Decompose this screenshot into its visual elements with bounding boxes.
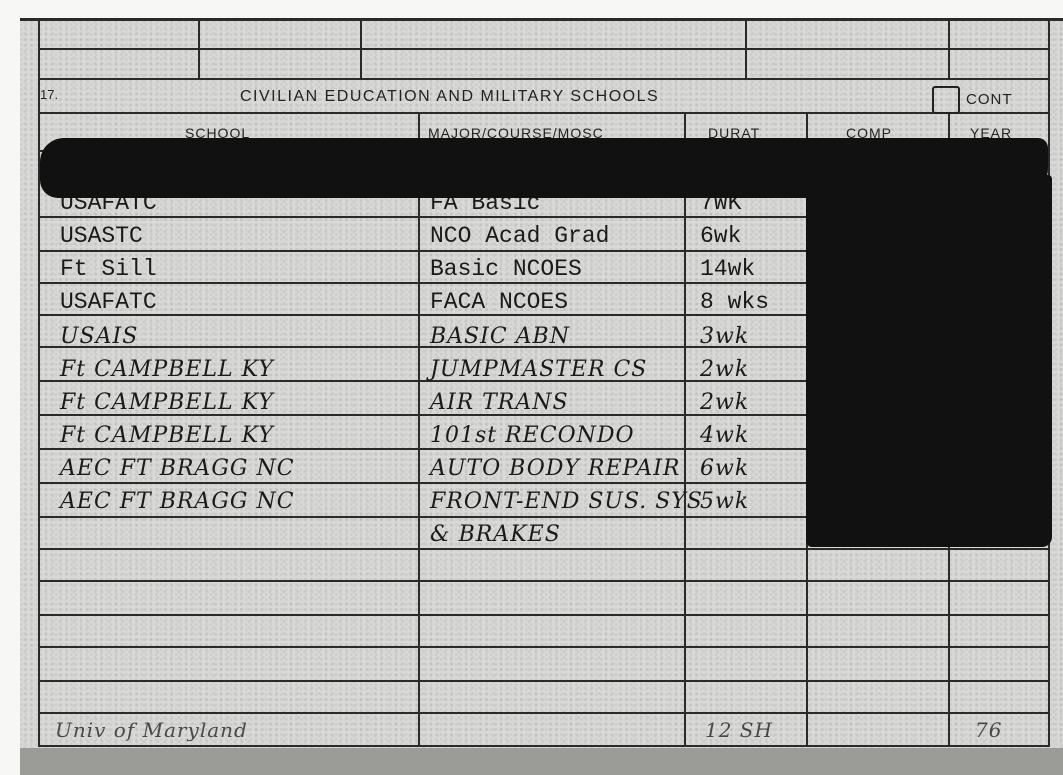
grid-col-line (38, 18, 40, 747)
section-number: 17. (40, 87, 58, 102)
cont-label: CONT (966, 91, 1013, 108)
last-row-school: Univ of Maryland (55, 718, 248, 742)
last-row-year: 76 (975, 718, 1002, 742)
grid-row-line (38, 48, 1050, 50)
row-course: BASIC ABN (430, 324, 570, 349)
row-durat: 2wk (700, 390, 749, 415)
row-durat: 2wk (700, 357, 749, 382)
cont-checkbox[interactable] (932, 86, 960, 114)
row-course: & BRAKES (430, 522, 561, 547)
row-course: AIR TRANS (430, 390, 569, 415)
grid-col-line (418, 112, 420, 747)
row-school: AEC FT BRAGG NC (60, 456, 295, 481)
row-durat: 6wk (700, 223, 741, 249)
scan-shadow (20, 748, 1063, 775)
redaction-block (806, 175, 1052, 547)
row-school: USASTC (60, 223, 143, 249)
row-school: Ft Sill (60, 256, 157, 282)
grid-row-line (38, 646, 1050, 648)
grid-col-line (684, 112, 686, 747)
last-row-durat: 12 SH (705, 718, 773, 742)
row-course: FRONT-END SUS. SYS (430, 489, 703, 514)
grid-col-line (745, 18, 747, 78)
row-school: Ft CAMPBELL KY (60, 390, 274, 415)
row-school: Ft CAMPBELL KY (60, 423, 274, 448)
row-course: JUMPMASTER CS (430, 357, 647, 382)
grid-row-line (20, 18, 1063, 21)
row-school: USAIS (60, 324, 138, 349)
row-durat: 6wk (700, 456, 749, 481)
row-durat: 14wk (700, 256, 755, 282)
grid-row-line (38, 580, 1050, 582)
row-school: USAFATC (60, 289, 157, 315)
row-durat: 3wk (700, 324, 749, 349)
grid-row-line (38, 614, 1050, 616)
grid-col-line (198, 18, 200, 78)
row-course: NCO Acad Grad (430, 223, 609, 249)
row-school: Ft CAMPBELL KY (60, 357, 274, 382)
grid-row-line (38, 548, 1050, 550)
grid-row-line (38, 712, 1050, 714)
row-durat: 5wk (700, 489, 749, 514)
row-school: AEC FT BRAGG NC (60, 489, 295, 514)
grid-col-line (360, 18, 362, 78)
grid-row-line (38, 680, 1050, 682)
grid-row-line (38, 112, 1050, 114)
grid-row-line (38, 745, 1050, 747)
row-durat: 4wk (700, 423, 749, 448)
section-title: CIVILIAN EDUCATION AND MILITARY SCHOOLS (240, 88, 659, 106)
grid-col-line (948, 18, 950, 78)
row-course: FACA NCOES (430, 289, 568, 315)
row-course: Basic NCOES (430, 256, 582, 282)
row-course: AUTO BODY REPAIR (430, 456, 680, 481)
row-durat: 8 wks (700, 289, 769, 315)
row-course: 101st RECONDO (430, 423, 635, 448)
grid-row-line (38, 78, 1050, 80)
